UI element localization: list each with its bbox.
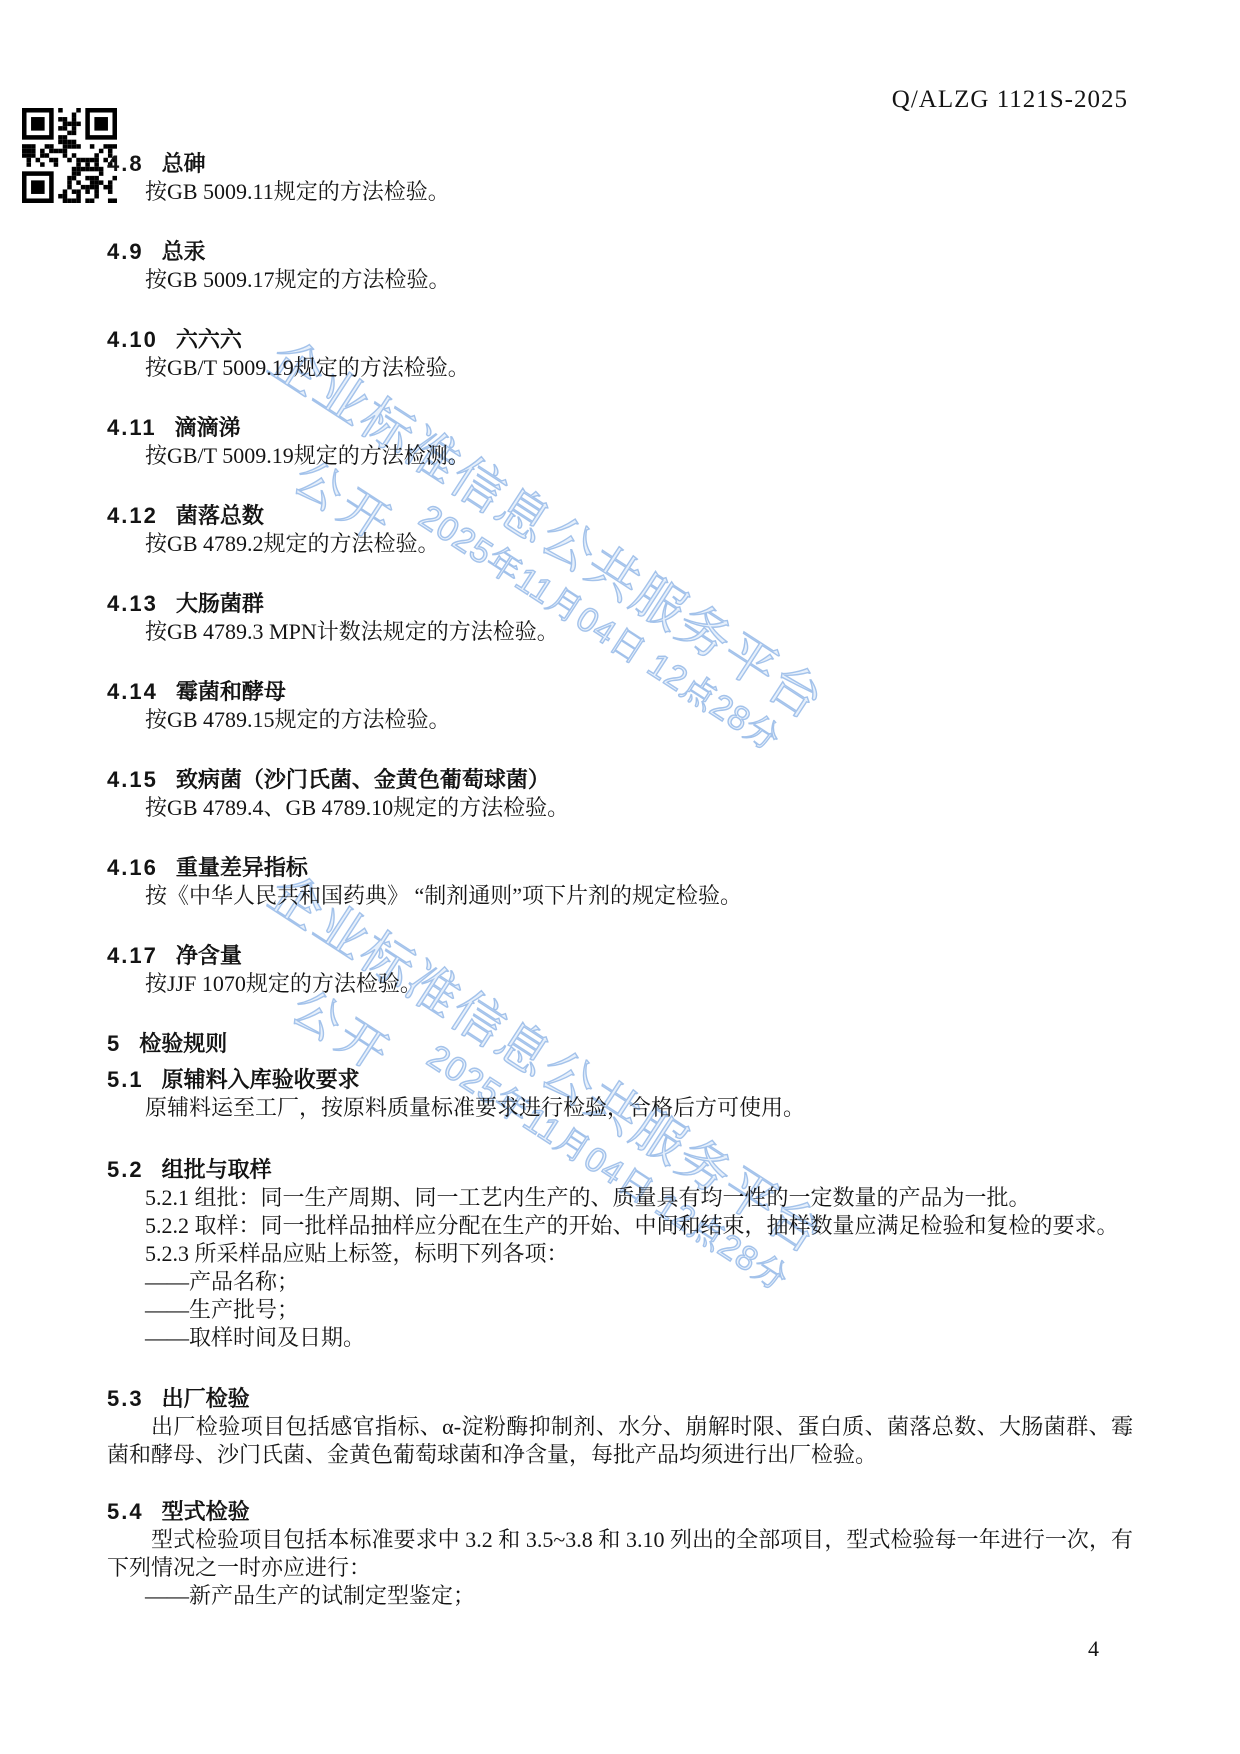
section-title: 总砷 [162,151,206,176]
section-title: 出厂检验 [162,1386,250,1411]
section-body: 按GB/T 5009.19规定的方法检测。 [145,442,1133,470]
section-body: 按GB 4789.15规定的方法检验。 [145,706,1133,734]
section-body: 按GB 4789.4、GB 4789.10规定的方法检验。 [145,794,1133,822]
section-5-2: 5.2组批与取样 5.2.1 组批：同一生产周期、同一工艺内生产的、质量具有均一… [107,1156,1133,1352]
section-body: 按JJF 1070规定的方法检验。 [145,970,1133,998]
section-body: 按《中华人民共和国药典》 “制剂通则”项下片剂的规定检验。 [145,882,1133,910]
chapter-title: 检验规则 [139,1031,227,1056]
section-heading: 4.15致病菌（沙门氏菌、金黄色葡萄球菌） [107,766,1133,794]
section-title: 原辅料入库验收要求 [162,1067,360,1092]
chapter-5-heading: 5检验规则 [107,1030,1133,1058]
clause-text: 所采样品应贴上标签，标明下列各项： [195,1241,569,1266]
page-number: 4 [1088,1636,1099,1662]
section-title: 总汞 [162,239,206,264]
section-title: 大肠菌群 [176,591,264,616]
section-title: 重量差异指标 [176,855,308,880]
section-number: 4.17 [107,943,158,968]
section-heading: 4.14霉菌和酵母 [107,678,1133,706]
clause-number: 5.2.2 [145,1213,189,1238]
section-title: 组批与取样 [162,1157,272,1182]
clause-text: 组批：同一生产周期、同一工艺内生产的、质量具有均一性的一定数量的产品为一批。 [195,1185,1031,1210]
section-4-17: 4.17净含量 按JJF 1070规定的方法检验。 [107,942,1133,998]
section-number: 4.12 [107,503,158,528]
section-title: 霉菌和酵母 [176,679,286,704]
section-number: 5.1 [107,1067,144,1092]
section-4-11: 4.11滴滴涕 按GB/T 5009.19规定的方法检测。 [107,414,1133,470]
section-heading: 4.11滴滴涕 [107,414,1133,442]
section-number: 5.4 [107,1499,144,1524]
section-body: 按GB 5009.17规定的方法检验。 [145,266,1133,294]
section-5-4: 5.4型式检验 型式检验项目包括本标准要求中 3.2 和 3.5~3.8 和 3… [107,1498,1133,1610]
section-body: 原辅料运至工厂，按原料质量标准要求进行检验，合格后方可使用。 [145,1094,1133,1122]
section-4-10: 4.10六六六 按GB/T 5009.19规定的方法检验。 [107,326,1133,382]
clause-number: 5.2.3 [145,1241,189,1266]
section-title: 滴滴涕 [175,415,241,440]
clause-5-2-1: 5.2.1 组批：同一生产周期、同一工艺内生产的、质量具有均一性的一定数量的产品… [145,1184,1133,1212]
section-number: 4.14 [107,679,158,704]
dash-item: ——取样时间及日期。 [145,1324,1133,1352]
section-5-1: 5.1原辅料入库验收要求 原辅料运至工厂，按原料质量标准要求进行检验，合格后方可… [107,1066,1133,1122]
section-paragraph: 型式检验项目包括本标准要求中 3.2 和 3.5~3.8 和 3.10 列出的全… [107,1526,1133,1582]
section-heading: 5.4型式检验 [107,1498,1133,1526]
document-page: Q/ALZG 1121S-2025 企业标准信息公共服务平台 公开 2025年1… [0,0,1240,1754]
section-number: 5.2 [107,1157,144,1182]
document-content: 4.8总砷 按GB 5009.11规定的方法检验。 4.9总汞 按GB 5009… [0,0,1240,1610]
chapter-number: 5 [107,1031,121,1056]
section-title: 致病菌（沙门氏菌、金黄色葡萄球菌） [176,767,550,792]
section-heading: 4.8总砷 [107,150,1133,178]
section-4-15: 4.15致病菌（沙门氏菌、金黄色葡萄球菌） 按GB 4789.4、GB 4789… [107,766,1133,822]
section-title: 净含量 [176,943,242,968]
section-4-12: 4.12菌落总数 按GB 4789.2规定的方法检验。 [107,502,1133,558]
section-body: 按GB 4789.2规定的方法检验。 [145,530,1133,558]
dash-item: ——生产批号； [145,1296,1133,1324]
section-number: 4.15 [107,767,158,792]
section-heading: 4.13大肠菌群 [107,590,1133,618]
section-heading: 5.1原辅料入库验收要求 [107,1066,1133,1094]
section-number: 4.10 [107,327,158,352]
section-4-14: 4.14霉菌和酵母 按GB 4789.15规定的方法检验。 [107,678,1133,734]
section-number: 4.11 [107,415,157,440]
dash-item: ——新产品生产的试制定型鉴定； [145,1582,1133,1610]
clause-5-2-3: 5.2.3 所采样品应贴上标签，标明下列各项： [145,1240,1133,1268]
clause-number: 5.2.1 [145,1185,189,1210]
section-number: 4.16 [107,855,158,880]
section-heading: 4.17净含量 [107,942,1133,970]
dash-item: ——产品名称； [145,1268,1133,1296]
section-body: 按GB/T 5009.19规定的方法检验。 [145,354,1133,382]
clause-5-2-2: 5.2.2 取样：同一批样品抽样应分配在生产的开始、中间和结束，抽样数量应满足检… [145,1212,1133,1240]
section-5-3: 5.3出厂检验 出厂检验项目包括感官指标、α-淀粉酶抑制剂、水分、崩解时限、蛋白… [107,1385,1133,1469]
section-number: 5.3 [107,1386,144,1411]
section-4-9: 4.9总汞 按GB 5009.17规定的方法检验。 [107,238,1133,294]
section-body: 按GB 4789.3 MPN计数法规定的方法检验。 [145,618,1133,646]
section-title: 六六六 [176,327,242,352]
section-title: 型式检验 [162,1499,250,1524]
clause-text: 取样：同一批样品抽样应分配在生产的开始、中间和结束，抽样数量应满足检验和复检的要… [195,1213,1119,1238]
section-heading: 5.3出厂检验 [107,1385,1133,1413]
section-4-16: 4.16重量差异指标 按《中华人民共和国药典》 “制剂通则”项下片剂的规定检验。 [107,854,1133,910]
section-body: 按GB 5009.11规定的方法检验。 [145,178,1133,206]
section-4-8: 4.8总砷 按GB 5009.11规定的方法检验。 [107,150,1133,206]
section-4-13: 4.13大肠菌群 按GB 4789.3 MPN计数法规定的方法检验。 [107,590,1133,646]
section-heading: 4.12菌落总数 [107,502,1133,530]
section-heading: 4.16重量差异指标 [107,854,1133,882]
section-heading: 4.9总汞 [107,238,1133,266]
section-heading: 5.2组批与取样 [107,1156,1133,1184]
section-paragraph: 出厂检验项目包括感官指标、α-淀粉酶抑制剂、水分、崩解时限、蛋白质、菌落总数、大… [107,1413,1133,1469]
section-number: 4.13 [107,591,158,616]
section-number: 4.9 [107,239,144,264]
section-number: 4.8 [107,151,144,176]
section-title: 菌落总数 [176,503,264,528]
section-heading: 4.10六六六 [107,326,1133,354]
